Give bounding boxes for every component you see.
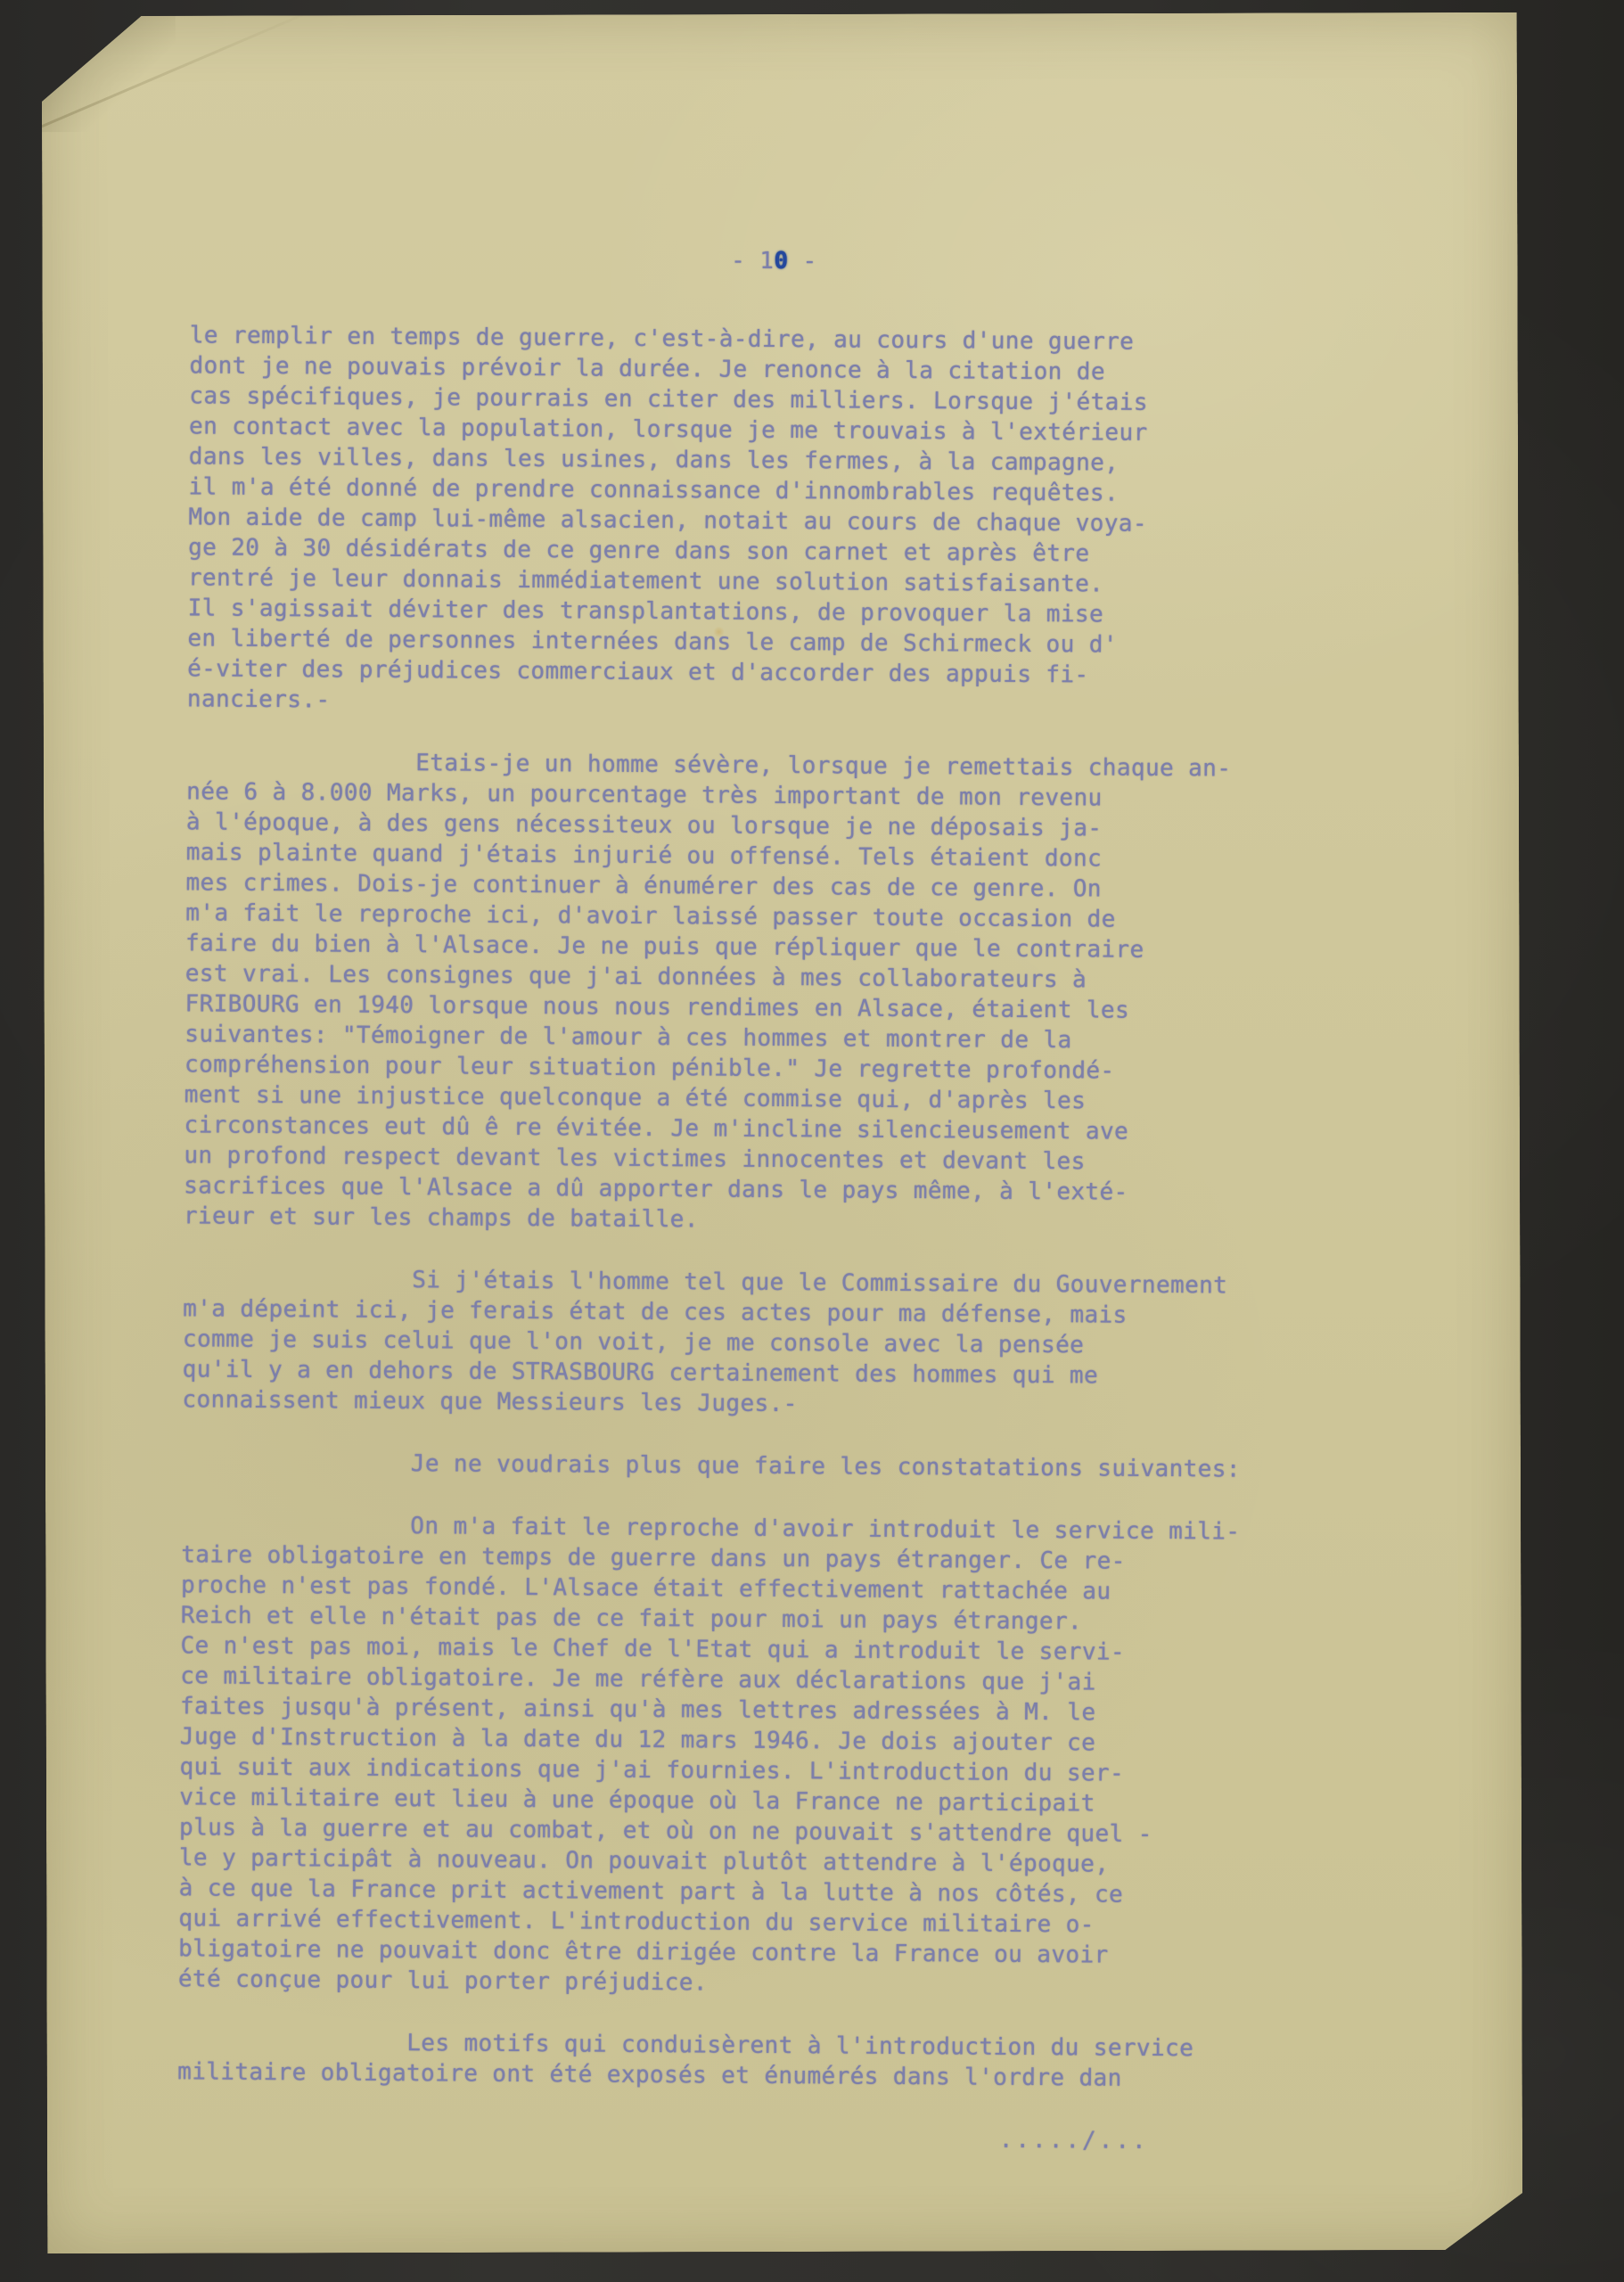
page-number-suffix: - xyxy=(788,248,816,275)
paragraph-6: Les motifs qui conduisèrent à l'introduc… xyxy=(177,2026,1158,2094)
paragraph-5: On m'a fait le reproche d'avoir introdui… xyxy=(178,1509,1162,2001)
paper-crease xyxy=(29,4,324,133)
paragraph-3: Si j'étais l'homme tel que le Commissair… xyxy=(182,1263,1163,1422)
continuation-mark: ...../... xyxy=(177,2119,1158,2156)
page-number-overstrike: 0 xyxy=(774,248,788,275)
page-corner-fold xyxy=(42,16,176,132)
typewritten-text-block: - 10 - le remplir en temps de guerre, c'… xyxy=(177,242,1171,2156)
document-page: - 10 - le remplir en temps de guerre, c'… xyxy=(42,12,1523,2253)
page-number-prefix: - 1 xyxy=(731,248,774,275)
paragraph-1: le remplir en temps de guerre, c'est-à-d… xyxy=(187,320,1170,721)
paragraph-2: Etais-je un homme sévère, lorsque je rem… xyxy=(184,746,1168,1238)
page-number: - 10 - xyxy=(283,242,1264,280)
paragraph-4: Je ne voudrais plus que faire les consta… xyxy=(182,1447,1162,1484)
